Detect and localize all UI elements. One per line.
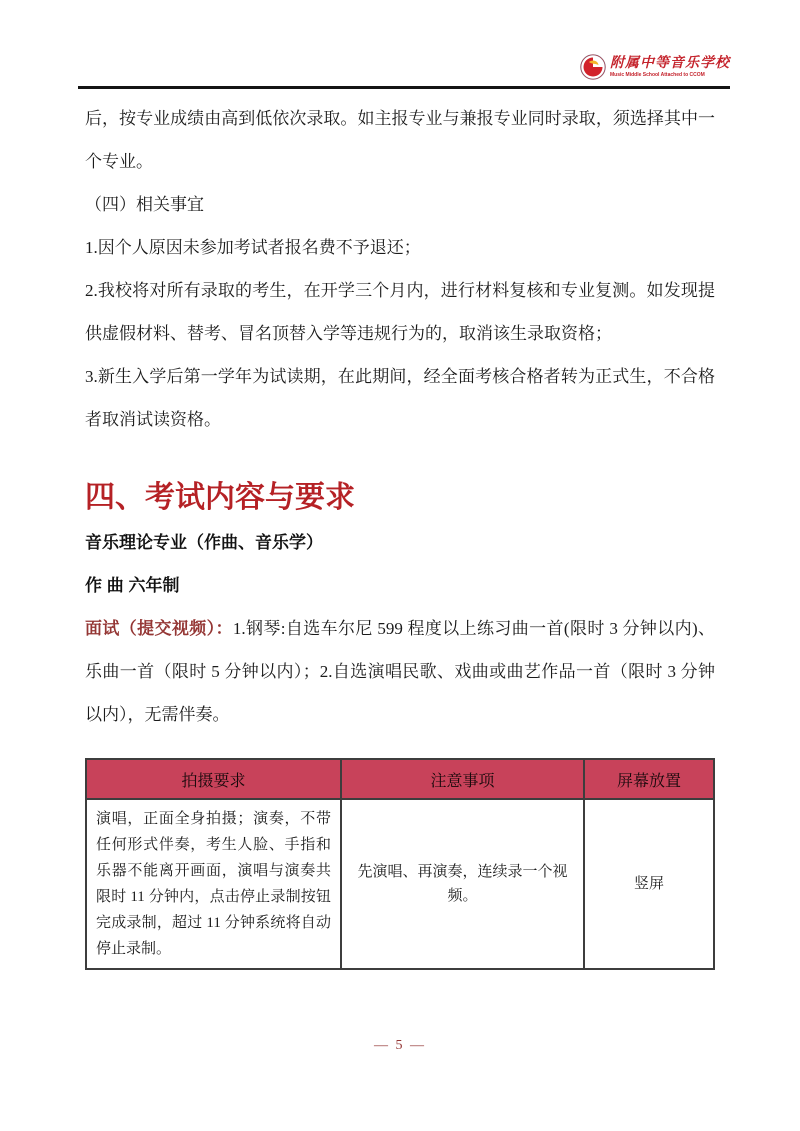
school-emblem-icon (580, 54, 606, 80)
document-page: 附属中等音乐学校 Music Middle School Attached to… (0, 0, 800, 1131)
paragraph-related-matters-title: （四）相关事宜 (85, 183, 715, 226)
table-row: 演唱，正面全身拍摄；演奏，不带任何形式伴奏，考生人脸、手指和乐器不能离开画面，演… (86, 799, 714, 969)
logo-chinese-name: 附属中等音乐学校 (610, 57, 730, 71)
logo-text: 附属中等音乐学校 Music Middle School Attached to… (610, 57, 730, 78)
interview-label: 面试（提交视频）： (85, 619, 233, 638)
school-logo: 附属中等音乐学校 Music Middle School Attached to… (580, 54, 730, 80)
page-header: 附属中等音乐学校 Music Middle School Attached to… (0, 0, 800, 88)
col-header-notes: 注意事项 (341, 759, 584, 799)
paragraph-admission-rule: 后，按专业成绩由高到低依次录取。如主报专业与兼报专业同时录取，须选择其中一个专业… (85, 97, 715, 183)
table-header-row: 拍摄要求 注意事项 屏幕放置 (86, 759, 714, 799)
logo-english-name: Music Middle School Attached to CCOM (610, 73, 730, 78)
paragraph-item-2: 2.我校将对所有录取的考生，在开学三个月内，进行材料复核和专业复测。如发现提供虚… (85, 269, 715, 355)
cell-screen-orientation: 竖屏 (584, 799, 714, 969)
col-header-screen-orientation: 屏幕放置 (584, 759, 714, 799)
section-heading: 四、考试内容与要求 (85, 477, 715, 519)
cell-shooting-requirements: 演唱，正面全身拍摄；演奏，不带任何形式伴奏，考生人脸、手指和乐器不能离开画面，演… (86, 799, 341, 969)
major-subheading: 音乐理论专业（作曲、音乐学） (85, 528, 715, 558)
program-subheading: 作 曲 六年制 (85, 571, 715, 601)
col-header-shooting-requirements: 拍摄要求 (86, 759, 341, 799)
video-requirements-table: 拍摄要求 注意事项 屏幕放置 演唱，正面全身拍摄；演奏，不带任何形式伴奏，考生人… (85, 758, 715, 970)
paragraph-item-3: 3.新生入学后第一学年为试读期，在此期间，经全面考核合格者转为正式生，不合格者取… (85, 355, 715, 441)
page-number: — 5 — (0, 1038, 800, 1054)
document-content: 后，按专业成绩由高到低依次录取。如主报专业与兼报专业同时录取，须选择其中一个专业… (0, 88, 800, 970)
interview-paragraph: 面试（提交视频）：1.钢琴:自选车尔尼 599 程度以上练习曲一首(限时 3 分… (85, 607, 715, 736)
header-divider (78, 86, 730, 89)
paragraph-item-1: 1.因个人原因未参加考试者报名费不予退还； (85, 226, 715, 269)
cell-notes: 先演唱、再演奏，连续录一个视频。 (341, 799, 584, 969)
